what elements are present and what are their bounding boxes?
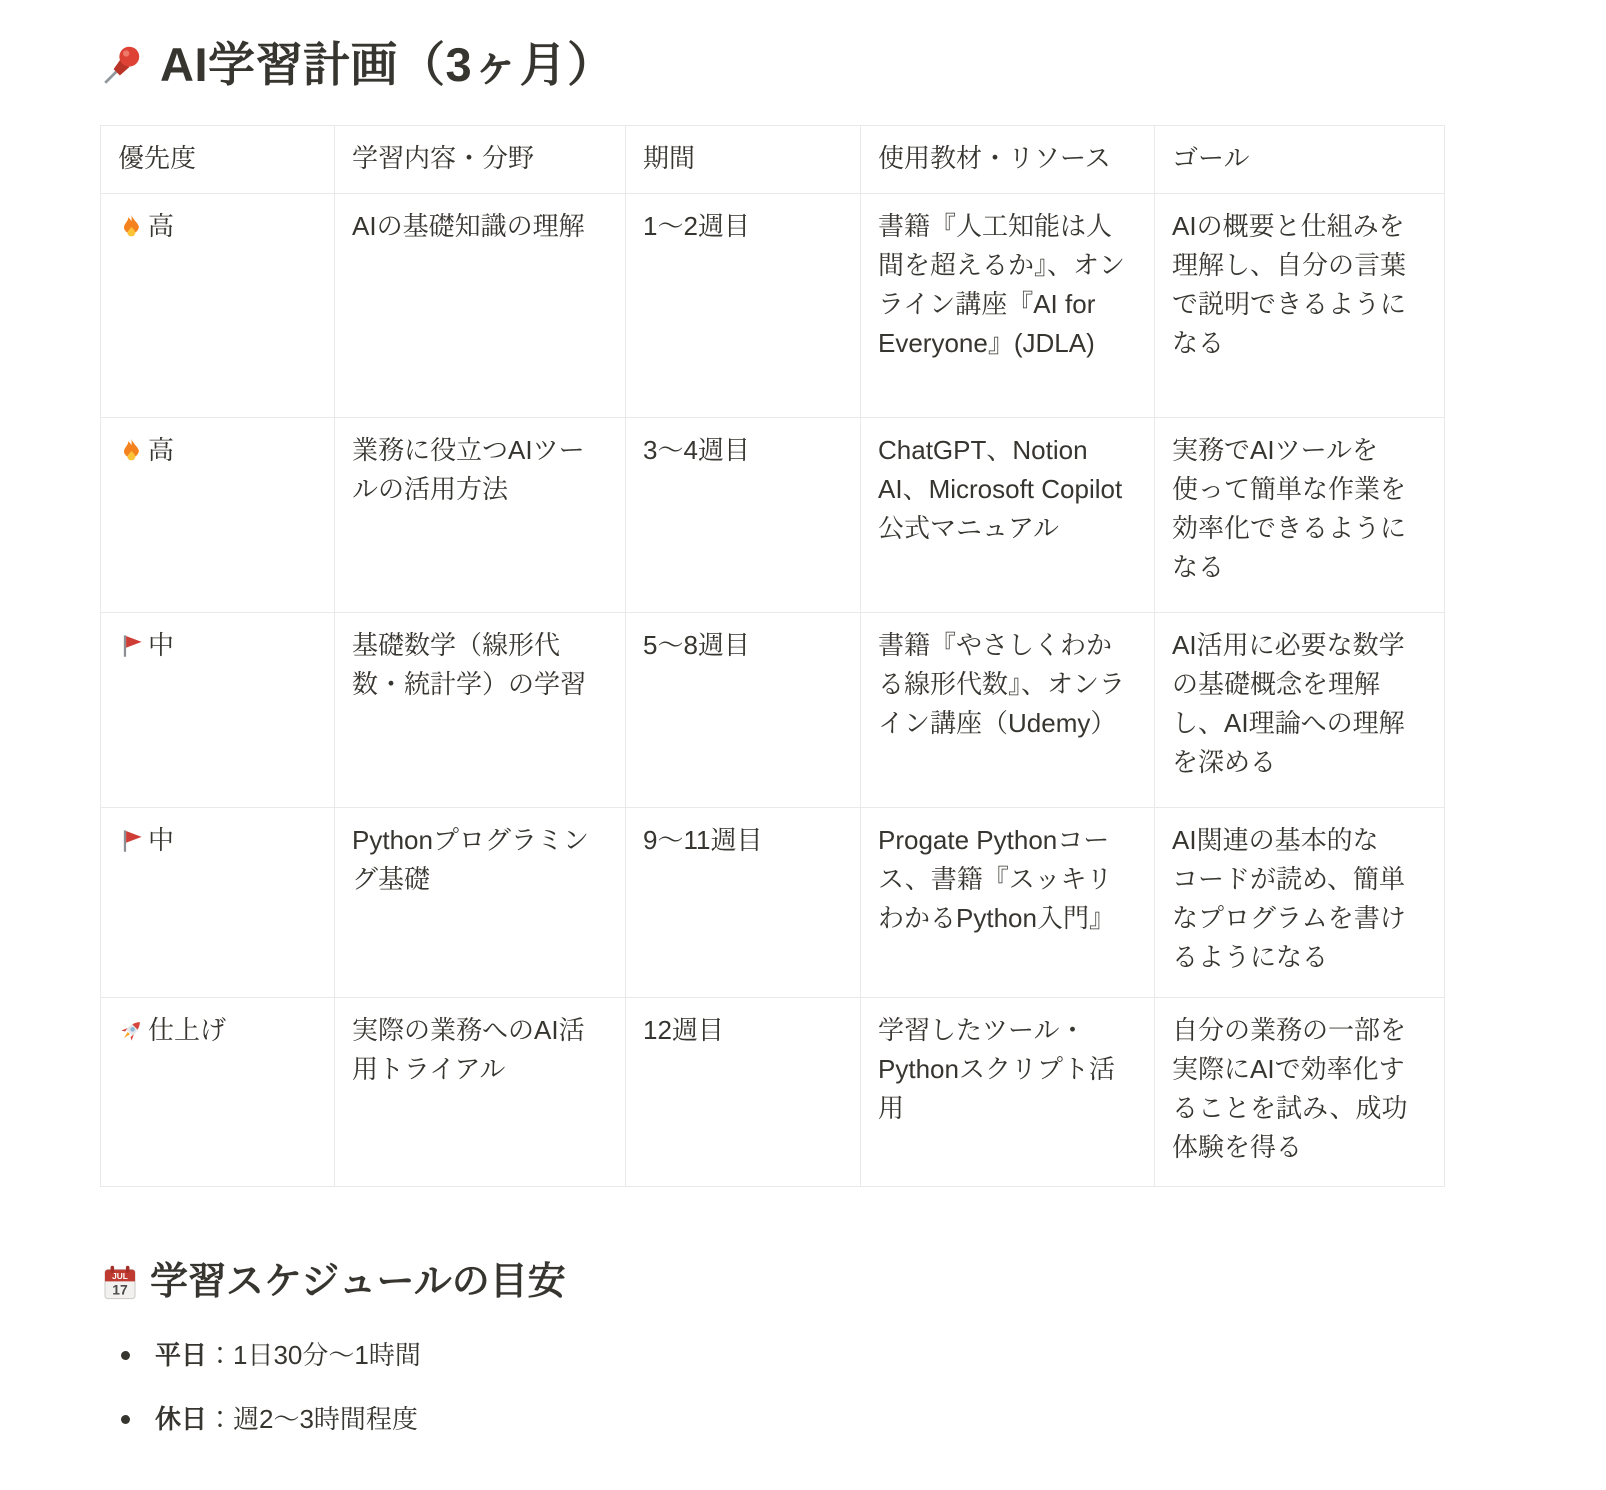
list-item-label: 休日 [155, 1404, 207, 1434]
cell-topic: 基礎数学（線形代数・統計学）の学習 [335, 612, 626, 807]
table-header: 優先度 学習内容・分野 期間 使用教材・リソース ゴール [101, 125, 1445, 193]
schedule-heading: 学習スケジュールの目安 [150, 1259, 566, 1307]
cell-topic: 実際の業務へのAI活用トライアル [335, 997, 626, 1186]
rocket-icon [118, 1017, 145, 1044]
priority-label: 高 [148, 431, 174, 470]
list-item-text: 平日：1日30分〜1時間 [155, 1336, 421, 1375]
cell-topic: Pythonプログラミング基礎 [335, 807, 626, 997]
page-title-row: AI学習計画（3ヶ月） [100, 36, 1506, 95]
learning-plan-table: 優先度 学習内容・分野 期間 使用教材・リソース ゴール [100, 125, 1445, 1187]
header-period: 期間 [626, 125, 861, 193]
header-row: 優先度 学習内容・分野 期間 使用教材・リソース ゴール [101, 125, 1445, 193]
calendar-icon: JUL 17 [100, 1263, 140, 1303]
cell-goal: AI関連の基本的なコードが読め、簡単なプログラムを書けるようになる [1155, 807, 1445, 997]
cell-priority: 中 [101, 612, 335, 807]
table-row: 高 AIの基礎知識の理解 1〜2週目 書籍『人工知能は人間を超えるか』、オンライ… [101, 193, 1445, 417]
header-topic: 学習内容・分野 [335, 125, 626, 193]
bullet-dot [121, 1415, 130, 1424]
cell-goal: 実務でAIツールを使って簡単な作業を効率化できるようになる [1155, 417, 1445, 612]
cell-resources: 学習したツール・Pythonスクリプト活用 [861, 997, 1155, 1186]
cell-goal: 自分の業務の一部を実際にAIで効率化することを試み、成功体験を得る [1155, 997, 1445, 1186]
cell-priority: 中 [101, 807, 335, 997]
list-item-label: 平日 [155, 1340, 207, 1370]
cell-priority: 仕上げ [101, 997, 335, 1186]
pushpin-icon [100, 42, 146, 88]
priority-label: 高 [148, 207, 174, 246]
cell-goal: AIの概要と仕組みを理解し、自分の言葉で説明できるようになる [1155, 193, 1445, 417]
list-item-text: 休日：週2〜3時間程度 [155, 1400, 418, 1439]
cell-period: 3〜4週目 [626, 417, 861, 612]
cell-topic: AIの基礎知識の理解 [335, 193, 626, 417]
cell-resources: 書籍『やさしくわかる線形代数』、オンライン講座（Udemy） [861, 612, 1155, 807]
table-row: 高 業務に役立つAIツールの活用方法 3〜4週目 ChatGPT、Notion … [101, 417, 1445, 612]
table-row: 仕上げ 実際の業務へのAI活用トライアル 12週目 学習したツール・Python… [101, 997, 1445, 1186]
fire-icon [118, 437, 145, 464]
cell-resources: Progate Pythonコース、書籍『スッキリわかるPython入門』 [861, 807, 1155, 997]
list-item: 休日：週2〜3時間程度 [100, 1400, 1506, 1439]
table-row: 中 Pythonプログラミング基礎 9〜11週目 Progate Pythonコ… [101, 807, 1445, 997]
header-resources: 使用教材・リソース [861, 125, 1155, 193]
notion-page: AI学習計画（3ヶ月） 優先度 学習内容・分野 期間 使用教材・リソース ゴール [0, 0, 1606, 1439]
cell-resources: ChatGPT、Notion AI、Microsoft Copilot公式マニュ… [861, 417, 1155, 612]
bullet-dot [121, 1351, 130, 1360]
cell-topic: 業務に役立つAIツールの活用方法 [335, 417, 626, 612]
cell-resources: 書籍『人工知能は人間を超えるか』、オンライン講座『AI for Everyone… [861, 193, 1155, 417]
header-goal: ゴール [1155, 125, 1445, 193]
priority-label: 仕上げ [148, 1011, 226, 1050]
cell-period: 9〜11週目 [626, 807, 861, 997]
cell-priority: 高 [101, 417, 335, 612]
page-title: AI学習計画（3ヶ月） [160, 36, 615, 95]
flag-icon [118, 632, 145, 659]
svg-text:JUL: JUL [112, 1270, 128, 1280]
flag-icon [118, 827, 145, 854]
fire-icon [118, 213, 145, 240]
cell-period: 1〜2週目 [626, 193, 861, 417]
schedule-list: 平日：1日30分〜1時間 休日：週2〜3時間程度 [100, 1336, 1506, 1439]
header-priority: 優先度 [101, 125, 335, 193]
cell-priority: 高 [101, 193, 335, 417]
schedule-heading-row: JUL 17 学習スケジュールの目安 [100, 1259, 1506, 1307]
list-item-value: ：週2〜3時間程度 [207, 1404, 418, 1434]
list-item-value: ：1日30分〜1時間 [207, 1340, 421, 1370]
cell-goal: AI活用に必要な数学の基礎概念を理解し、AI理論への理解を深める [1155, 612, 1445, 807]
svg-text:17: 17 [112, 1281, 128, 1297]
cell-period: 5〜8週目 [626, 612, 861, 807]
list-item: 平日：1日30分〜1時間 [100, 1336, 1506, 1375]
cell-period: 12週目 [626, 997, 861, 1186]
priority-label: 中 [148, 626, 174, 665]
priority-label: 中 [148, 821, 174, 860]
table-row: 中 基礎数学（線形代数・統計学）の学習 5〜8週目 書籍『やさしくわかる線形代数… [101, 612, 1445, 807]
